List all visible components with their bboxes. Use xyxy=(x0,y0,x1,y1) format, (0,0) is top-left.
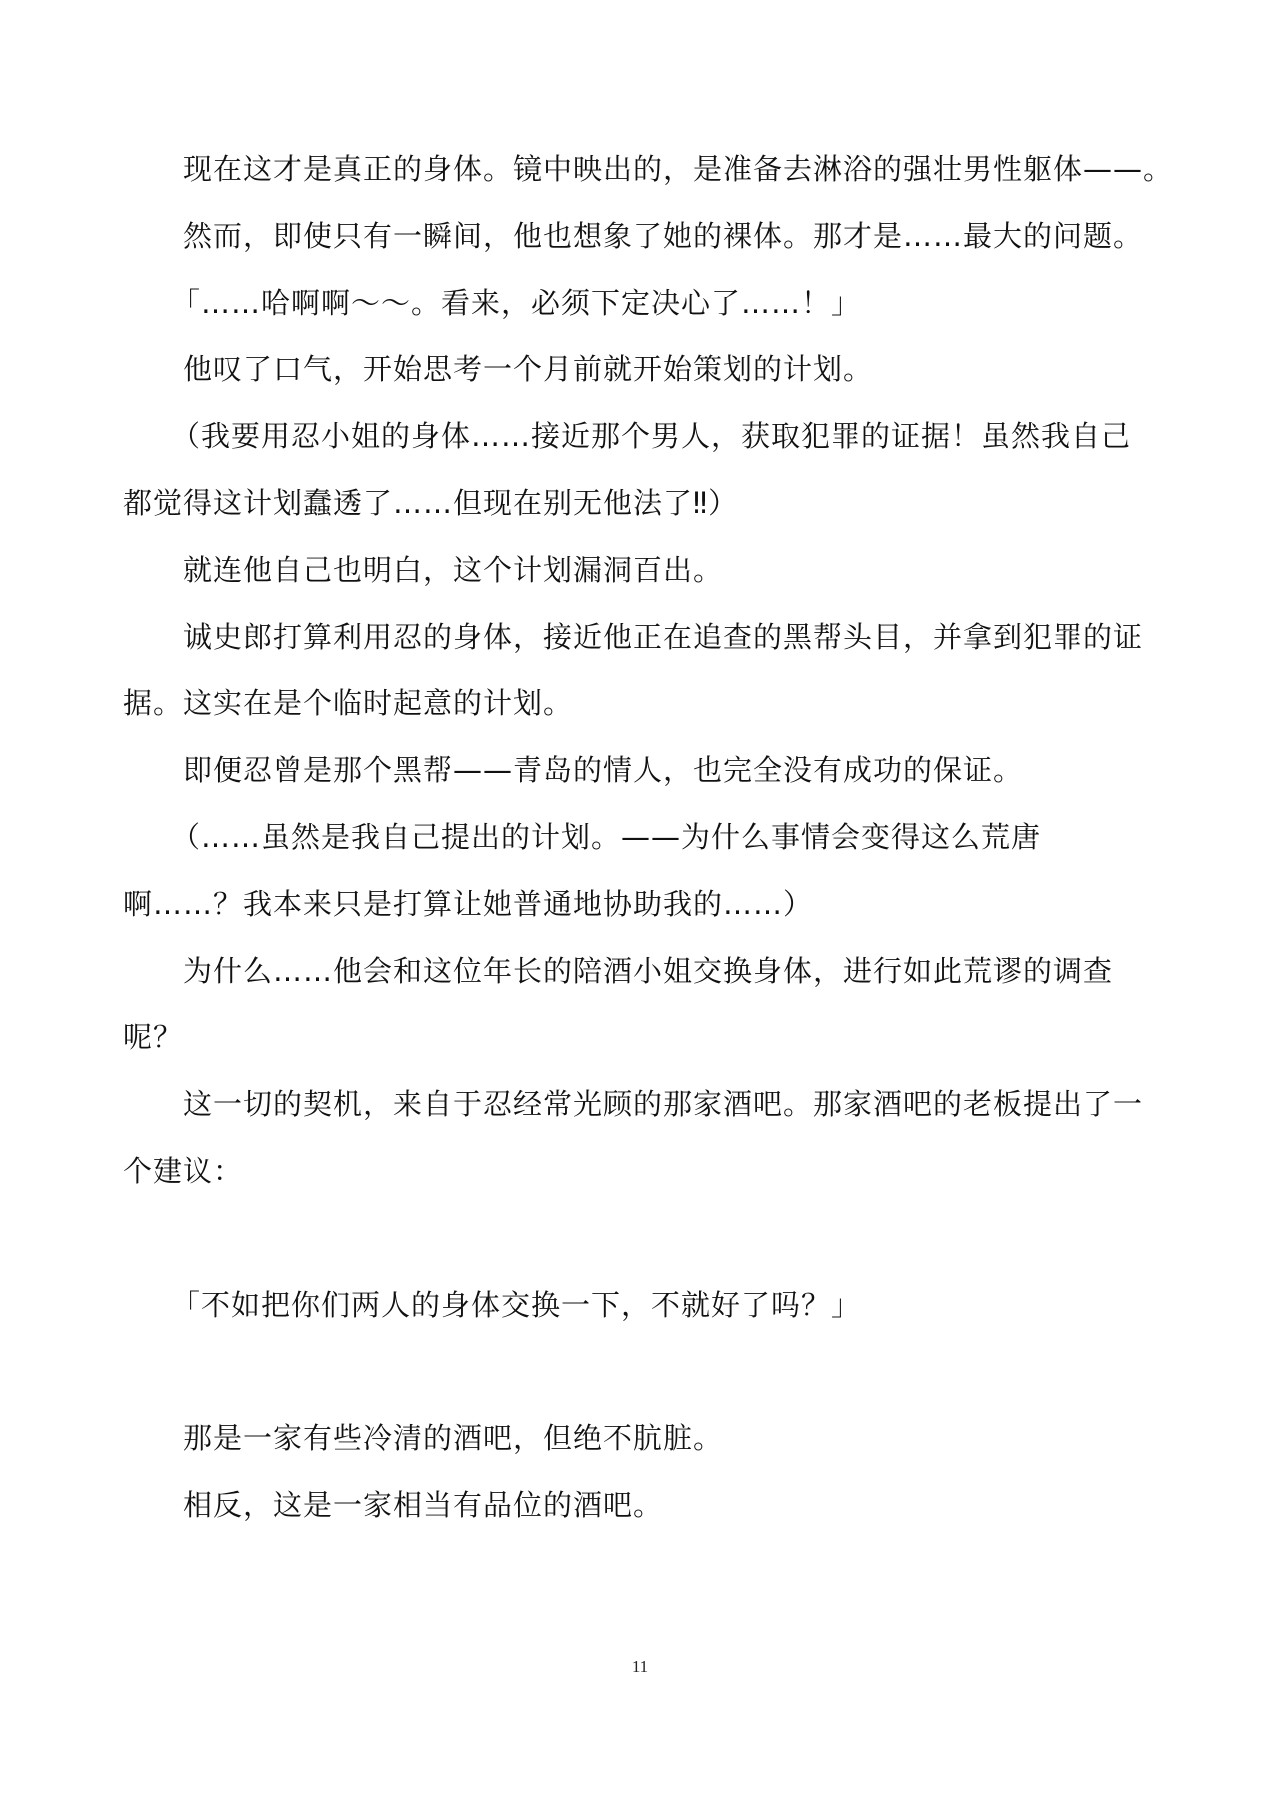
blank-line xyxy=(123,1338,1145,1405)
paragraph: 诚史郎打算利用忍的身体，接近他正在追查的黑帮头目，并拿到犯罪的证据。这实在是个临… xyxy=(123,604,1145,738)
dialogue-paragraph: 「……哈啊啊～～。看来，必须下定决心了……！」 xyxy=(123,270,1145,337)
paragraph: 然而，即使只有一瞬间，他也想象了她的裸体。那才是……最大的问题。 xyxy=(123,203,1145,270)
dialogue-paragraph: 「不如把你们两人的身体交换一下，不就好了吗？」 xyxy=(123,1272,1145,1339)
paragraph: 相反，这是一家相当有品位的酒吧。 xyxy=(123,1472,1145,1539)
page-number: 11 xyxy=(0,1657,1280,1677)
inner-monologue-paragraph: （……虽然是我自己提出的计划。——为什么事情会变得这么荒唐啊……？我本来只是打算… xyxy=(123,804,1145,938)
paragraph: 为什么……他会和这位年长的陪酒小姐交换身体，进行如此荒谬的调查呢？ xyxy=(123,938,1145,1072)
paragraph: 现在这才是真正的身体。镜中映出的，是准备去淋浴的强壮男性躯体——。 xyxy=(123,136,1145,203)
inner-monologue-paragraph: （我要用忍小姐的身体……接近那个男人，获取犯罪的证据！虽然我自己都觉得这计划蠢透… xyxy=(123,403,1145,537)
paragraph: 这一切的契机，来自于忍经常光顾的那家酒吧。那家酒吧的老板提出了一个建议： xyxy=(123,1071,1145,1205)
paragraph: 就连他自己也明白，这个计划漏洞百出。 xyxy=(123,537,1145,604)
paragraph: 即便忍曾是那个黑帮——青岛的情人，也完全没有成功的保证。 xyxy=(123,737,1145,804)
document-page-body: 现在这才是真正的身体。镜中映出的，是准备去淋浴的强壮男性躯体——。 然而，即使只… xyxy=(123,136,1145,1539)
paragraph: 那是一家有些冷清的酒吧，但绝不肮脏。 xyxy=(123,1405,1145,1472)
paragraph: 他叹了口气，开始思考一个月前就开始策划的计划。 xyxy=(123,336,1145,403)
blank-line xyxy=(123,1205,1145,1272)
